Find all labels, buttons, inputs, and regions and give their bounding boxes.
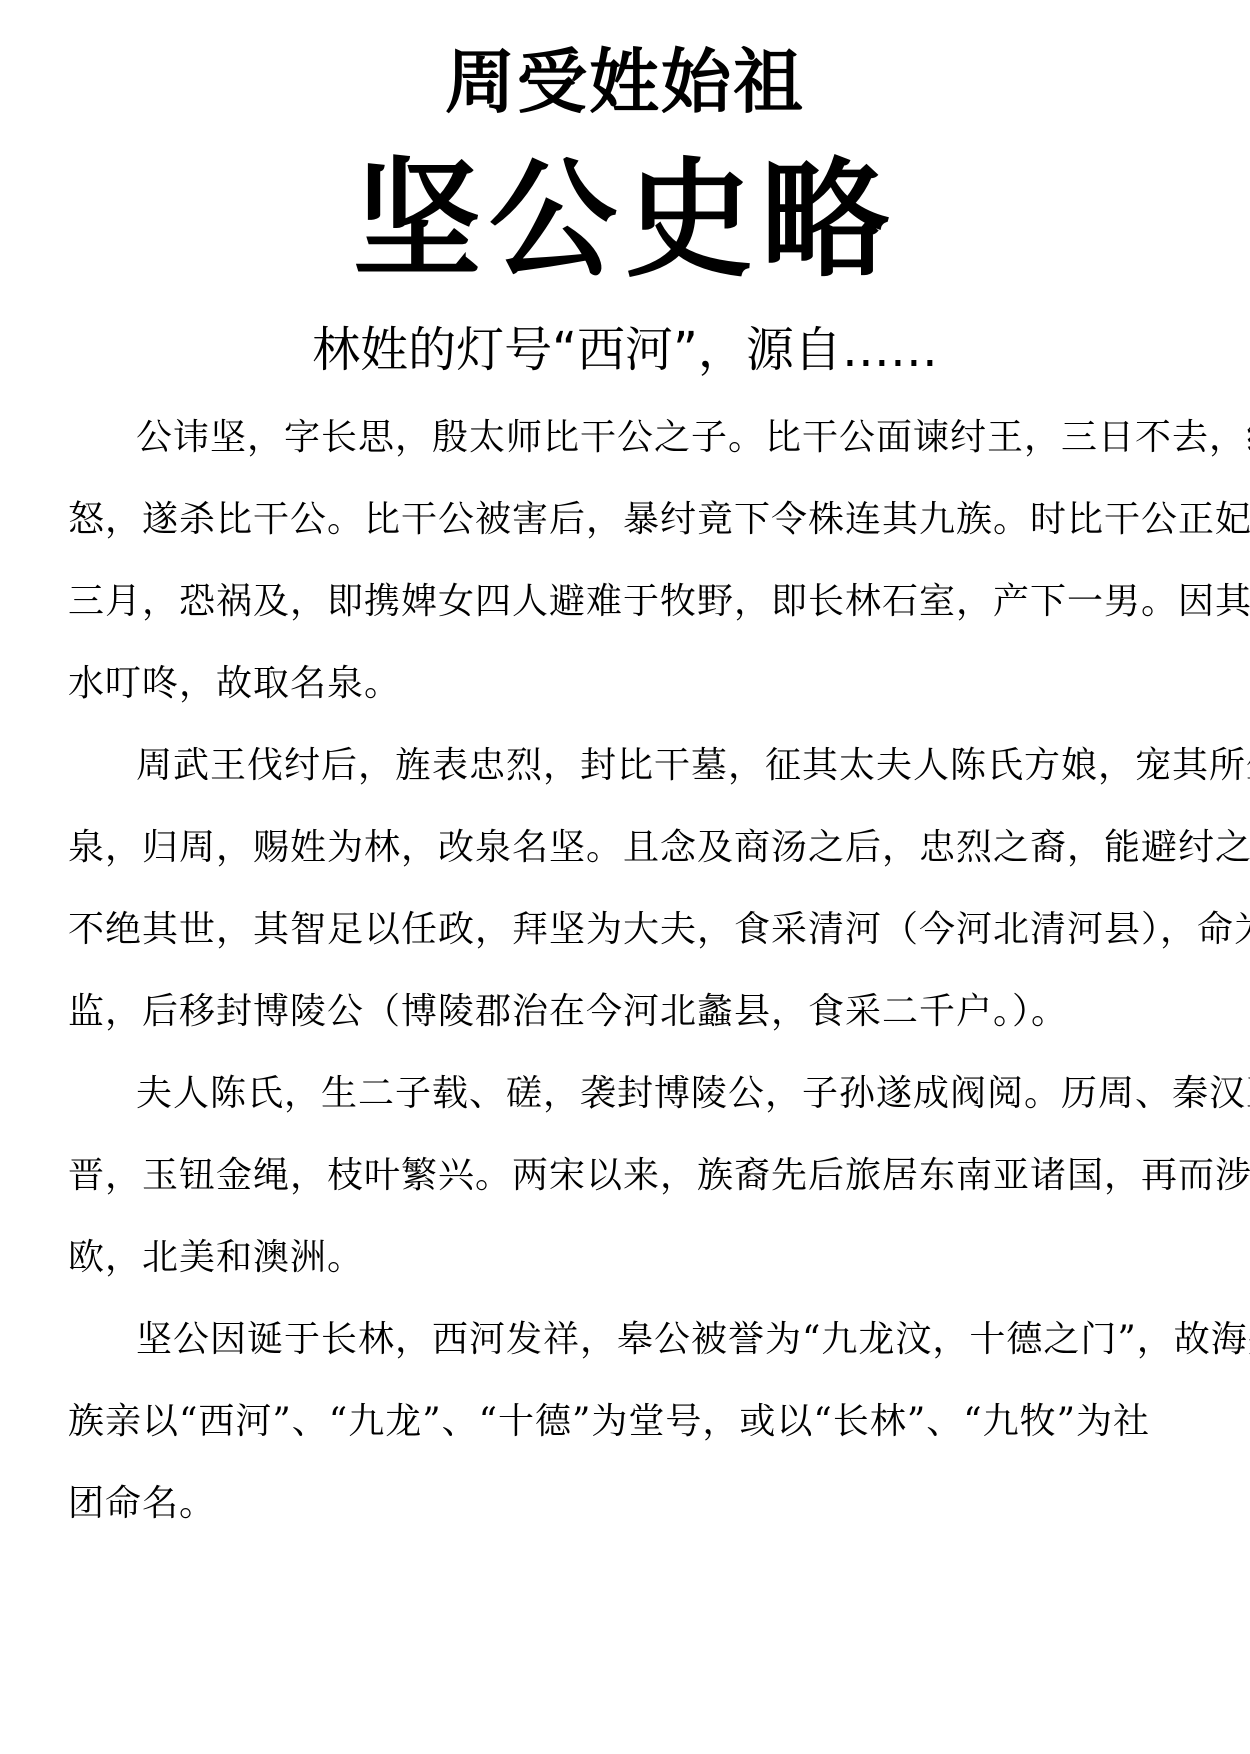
paragraph-line: 夫人陈氏，生二子载、磋，袭封博陵公，子孙遂成阀阅。历周、秦汉至两 (68, 1061, 1188, 1143)
paragraph-line: 欧，北美和澳洲。 (68, 1225, 1188, 1307)
main-title: 坚公史略 (0, 150, 1250, 290)
paragraph-line: 三月，恐祸及，即携婢女四人避难于牧野，即长林石室，产下一男。因其地泉 (68, 569, 1188, 651)
paragraph-line: 族亲以“西河”、“九龙”、“十德”为堂号，或以“长林”、“九牧”为社 (68, 1389, 1188, 1471)
paragraph-3: 夫人陈氏，生二子载、磋，袭封博陵公，子孙遂成阀阅。历周、秦汉至两 晋，玉钮金绳，… (68, 1061, 1188, 1307)
paragraph-line: 团命名。 (68, 1471, 1188, 1553)
paragraph-line: 泉，归周，赐姓为林，改泉名坚。且念及商汤之后，忠烈之裔，能避纣之乱而 (68, 815, 1188, 897)
paragraph-1: 公讳坚，字长思，殷太师比干公之子。比干公面谏纣王，三日不去，纣王 怒，遂杀比干公… (68, 405, 1188, 733)
paragraph-4: 坚公因诞于长林，西河发祥，皋公被誉为“九龙汶，十德之门”，故海外 族亲以“西河”… (68, 1307, 1188, 1553)
paragraph-line: 周武王伐纣后，旌表忠烈，封比干墓，征其太夫人陈氏方娘，宠其所生子 (68, 733, 1188, 815)
paragraph-2: 周武王伐纣后，旌表忠烈，封比干墓，征其太夫人陈氏方娘，宠其所生子 泉，归周，赐姓… (68, 733, 1188, 1061)
paragraph-line: 监，后移封博陵公（博陵郡治在今河北蠡县，食采二千户。）。 (68, 979, 1188, 1061)
paragraph-line: 公讳坚，字长思，殷太师比干公之子。比干公面谏纣王，三日不去，纣王 (68, 405, 1188, 487)
paragraph-line: 怒，遂杀比干公。比干公被害后，暴纣竟下令株连其九族。时比干公正妃有孕 (68, 487, 1188, 569)
kicker-title: 周受姓始祖 (0, 42, 1250, 122)
subtitle: 林姓的灯号“西河”，源自…… (0, 320, 1250, 380)
paragraph-line: 晋，玉钮金绳，枝叶繁兴。两宋以来，族裔先后旅居东南亚诸国，再而涉足西 (68, 1143, 1188, 1225)
paragraph-line: 不绝其世，其智足以任政，拜坚为大夫，食采清河（今河北清河县），命为三 (68, 897, 1188, 979)
paragraph-line: 水叮咚，故取名泉。 (68, 651, 1188, 733)
body-text: 公讳坚，字长思，殷太师比干公之子。比干公面谏纣王，三日不去，纣王 怒，遂杀比干公… (68, 405, 1188, 1553)
paragraph-line: 坚公因诞于长林，西河发祥，皋公被誉为“九龙汶，十德之门”，故海外 (68, 1307, 1188, 1389)
